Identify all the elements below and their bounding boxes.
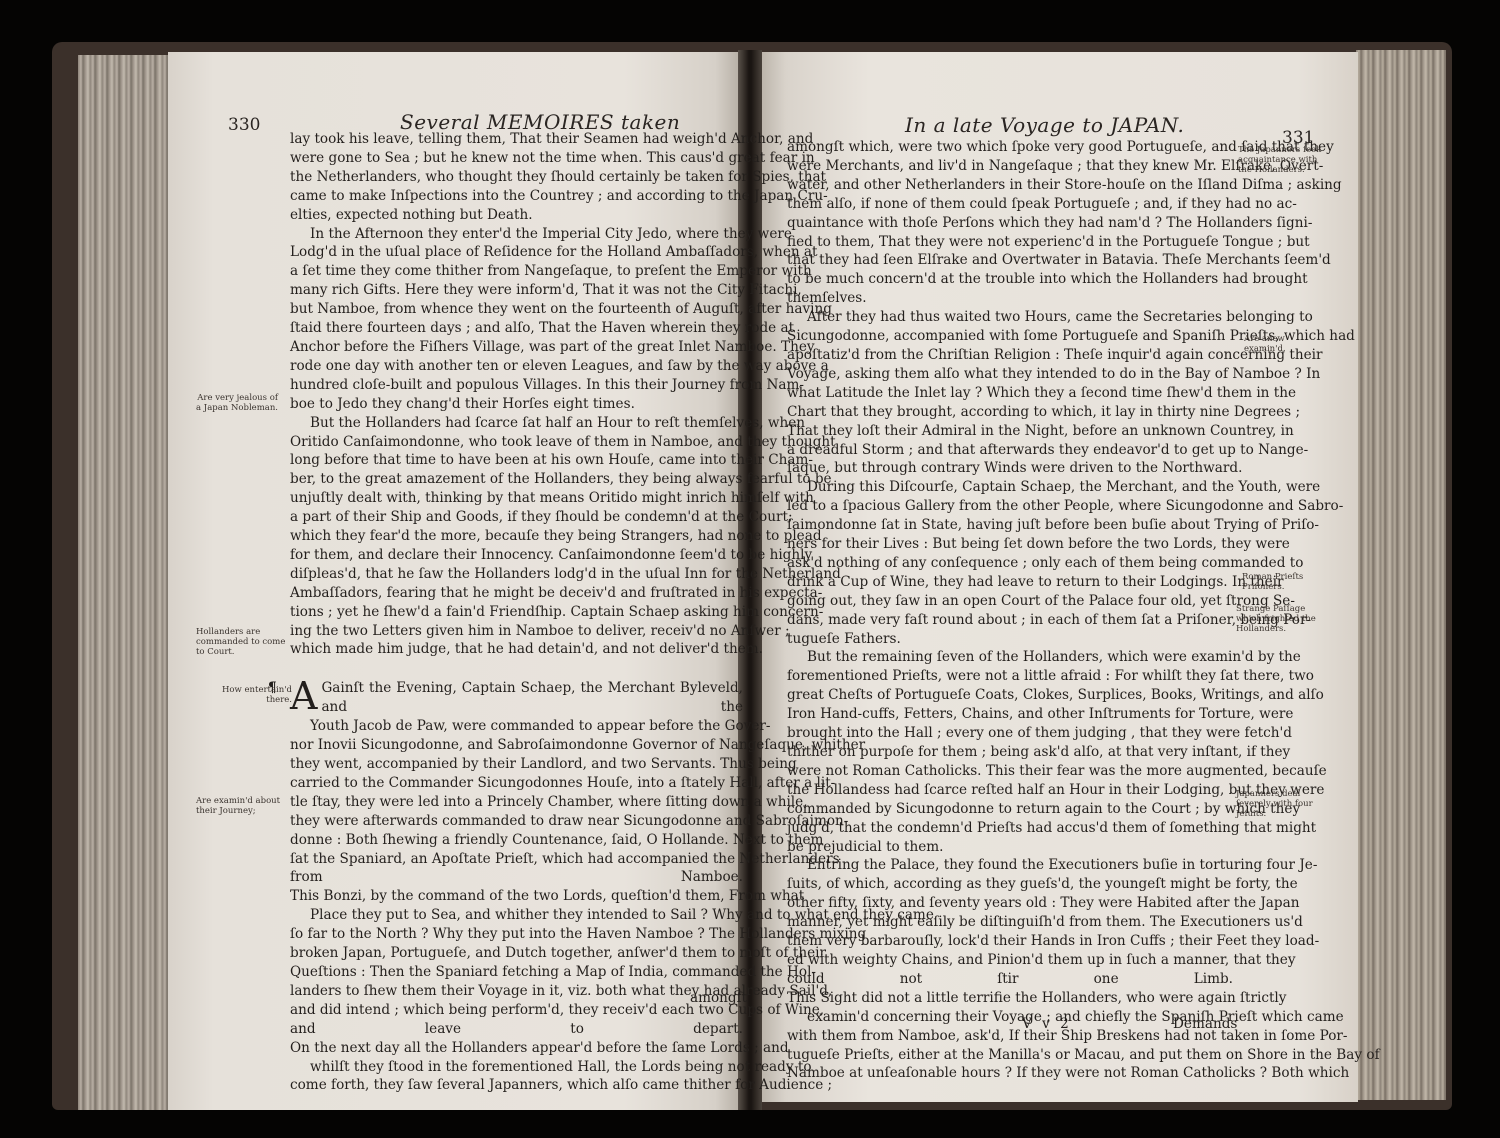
text-line: tle ſtay, they were led into a Princely … xyxy=(290,793,743,812)
text-line: Oritido Canſaimondonne, who took leave o… xyxy=(290,433,743,452)
text-line: were gone to Sea ; but he knew not the t… xyxy=(290,149,743,168)
text-line: manner, yet might eaſily be diſtinguiſh'… xyxy=(787,913,1233,932)
text-line: the Hollandess had ſcarce reſted half an… xyxy=(787,781,1233,800)
text-line: a ſet time they come thither from Nangeſ… xyxy=(290,262,743,281)
text-line: boe to Jedo they chang'd their Horſes ei… xyxy=(290,395,743,414)
text-line: But the Hollanders had ſcarce ſat half a… xyxy=(290,414,743,433)
text-line: and leave to depart. xyxy=(290,1020,743,1039)
text-line: tugueſe Fathers. xyxy=(787,630,1233,649)
text-line: hundred cloſe-built and populous Village… xyxy=(290,376,743,395)
text-line: donne : Both ſhewing a friendly Countena… xyxy=(290,831,743,850)
text-line: them alſo, if none of them could ſpeak P… xyxy=(787,195,1233,214)
text-line: that they had ſeen Elſrake and Overtwate… xyxy=(787,251,1233,270)
text-line: Anchor before the Fiſhers Village, was p… xyxy=(290,338,743,357)
text-line: During this Diſcourſe, Captain Schaep, t… xyxy=(787,478,1233,497)
text-line: ſaimondonne ſat in State, having juſt be… xyxy=(787,516,1233,535)
text-line: quaintance with thoſe Perſons which they… xyxy=(787,214,1233,233)
text-line: broken Japan, Portugueſe, and Dutch toge… xyxy=(290,944,743,963)
text-line: ſuits, of which, according as they gueſs… xyxy=(787,875,1233,894)
text-line: which made him judge, that he had detain… xyxy=(290,640,743,659)
text-line: Youth Jacob de Paw, were commanded to ap… xyxy=(290,717,743,736)
text-line: Entring the Palace, they found the Execu… xyxy=(787,856,1233,875)
text-line: led to a ſpacious Gallery from the other… xyxy=(787,497,1233,516)
text-line: rode one day with another ten or eleven … xyxy=(290,357,743,376)
text-line: were Merchants, and liv'd in Nangeſaque … xyxy=(787,157,1233,176)
text-line: forementioned Prieſts, were not a little… xyxy=(787,667,1233,686)
right-running-head: In a late Voyage to JAPAN. xyxy=(905,113,1184,137)
page-edges-left xyxy=(78,55,168,1110)
text-line: tugueſe Prieſts, either at the Manilla's… xyxy=(787,1046,1233,1065)
text-line: they went, accompanied by their Landlord… xyxy=(290,755,743,774)
left-body-text: lay took his leave, telling them, That t… xyxy=(290,130,743,1095)
text-line: That they loſt their Admiral in the Nigh… xyxy=(787,422,1233,441)
text-line: a dreadful Storm ; and that afterwards t… xyxy=(787,441,1233,460)
text-line: from Namboe. xyxy=(290,868,743,887)
text-line: This Bonzi, by the command of the two Lo… xyxy=(290,887,743,906)
text-line: ners for their Lives : But being ſet dow… xyxy=(787,535,1233,554)
text-line: with them from Namboe, ask'd, If their S… xyxy=(787,1027,1233,1046)
page-edges-right xyxy=(1356,50,1446,1100)
text-line: tions ; yet he ſhew'd a fain'd Friendſhi… xyxy=(290,603,743,622)
drop-cap: A xyxy=(290,681,317,711)
text-line xyxy=(290,659,743,679)
text-line: water, and other Netherlanders in their … xyxy=(787,176,1233,195)
text-line: apoſtatiz'd from the Chriſtian Religion … xyxy=(787,346,1233,365)
text-line: come forth, they ſaw ſeveral Japanners, … xyxy=(290,1076,743,1095)
text-line: diſpleas'd, that he ſaw the Hollanders l… xyxy=(290,565,743,584)
text-line: ſat the Spaniard, an Apoſtate Prieſt, wh… xyxy=(290,850,743,869)
left-catchword: amongſt xyxy=(690,990,747,1006)
text-line: Namboe at unſeaſonable hours ? If they w… xyxy=(787,1064,1233,1083)
text-line: the Netherlanders, who thought they ſhou… xyxy=(290,168,743,187)
text-line: ſo far to the North ? Why they put into … xyxy=(290,925,743,944)
text-line: Lodg'd in the uſual place of Reſidence f… xyxy=(290,243,743,262)
text-line: Queſtions : Then the Spaniard fetching a… xyxy=(290,963,743,982)
right-body-text: amongſt which, were two which ſpoke very… xyxy=(787,138,1233,1083)
text-line: be prejudicial to them. xyxy=(787,838,1233,857)
text-line: whilſt they ſtood in the forementioned H… xyxy=(290,1058,743,1077)
text-line: ing the two Letters given him in Namboe … xyxy=(290,622,743,641)
text-line: ¶AGainſt the Evening, Captain Schaep, th… xyxy=(290,679,743,717)
text-line: unjuſtly dealt with, thinking by that me… xyxy=(290,489,743,508)
text-line: thither on purpoſe for them ; being ask'… xyxy=(787,743,1233,762)
text-line: ſtaid there fourteen days ; and alſo, Th… xyxy=(290,319,743,338)
text-line: what Latitude the Inlet lay ? Which they… xyxy=(787,384,1233,403)
text-line: amongſt which, were two which ſpoke very… xyxy=(787,138,1233,157)
text-line: came to make Inſpections into the Countr… xyxy=(290,187,743,206)
text-line: but Namboe, from whence they went on the… xyxy=(290,300,743,319)
text-line: going out, they ſaw in an open Court of … xyxy=(787,592,1233,611)
text-line: they were afterwards commanded to draw n… xyxy=(290,812,743,831)
text-line: examin'd concerning their Voyage ; and c… xyxy=(787,1008,1233,1027)
text-line: carried to the Commander Sicungodonnes H… xyxy=(290,774,743,793)
text-line: could not ſtir one Limb. xyxy=(787,970,1233,989)
text-line: elties, expected nothing but Death. xyxy=(290,206,743,225)
signature-mark: V v 2 xyxy=(1022,1016,1072,1032)
text-line: brought into the Hall ; every one of the… xyxy=(787,724,1233,743)
text-line: which they fear'd the more, becauſe they… xyxy=(290,527,743,546)
text-line: After they had thus waited two Hours, ca… xyxy=(787,308,1233,327)
text-line: and did intend ; which being perform'd, … xyxy=(290,1001,743,1020)
text-line: a part of their Ship and Goods, if they … xyxy=(290,508,743,527)
text-line: commanded by Sicungodonne to return agai… xyxy=(787,800,1233,819)
text-line: to be much concern'd at the trouble into… xyxy=(787,270,1233,289)
text-line: On the next day all the Hollanders appea… xyxy=(290,1039,743,1058)
text-line: ask'd nothing of any conſequence ; only … xyxy=(787,554,1233,573)
margin-note-jealous: Are very jealous of a Japan Nobleman. xyxy=(196,393,278,413)
text-line: were not Roman Catholicks. This their fe… xyxy=(787,762,1233,781)
text-line: Ambaſſadors, fearing that he might be de… xyxy=(290,584,743,603)
text-line: lay took his leave, telling them, That t… xyxy=(290,130,743,149)
margin-note-examined-journey: Are examin'd about their Journey; xyxy=(196,796,288,816)
text-line: other fifty, ſixty, and ſeventy years ol… xyxy=(787,894,1233,913)
margin-note-strange-passage: Strange Paſſage which frighted the Holla… xyxy=(1236,604,1328,634)
margin-note-four-jesuits: Japanners deal ſeverely with four Jeſuit… xyxy=(1236,789,1328,819)
margin-note-acquaintance: The Japanners ſeek acquaintance with the… xyxy=(1238,145,1326,175)
text-line: Place they put to Sea, and whither they … xyxy=(290,906,743,925)
text-line: In the Afternoon they enter'd the Imperi… xyxy=(290,225,743,244)
text-line: ber, to the great amazement of the Holla… xyxy=(290,470,743,489)
text-line: ſaque, but through contrary Winds were d… xyxy=(787,459,1233,478)
text-line: for them, and declare their Innocency. C… xyxy=(290,546,743,565)
text-line: themſelves. xyxy=(787,289,1233,308)
text-line: ed with weighty Chains, and Pinion'd the… xyxy=(787,951,1233,970)
left-folio: 330 xyxy=(228,115,260,135)
text-line: great Cheſts of Portugueſe Coats, Clokes… xyxy=(787,686,1233,705)
margin-note-commanded: Hollanders are commanded to come to Cour… xyxy=(196,627,288,657)
text-line: But the remaining ſeven of the Hollander… xyxy=(787,648,1233,667)
margin-note-priests-prisoners: Roman Prieſts Priſoners. xyxy=(1242,572,1326,592)
text-line: many rich Gifts. Here they were inform'd… xyxy=(290,281,743,300)
text-line: dans, made very faſt round about ; in ea… xyxy=(787,611,1233,630)
right-catchword: Demands xyxy=(1173,1016,1237,1032)
text-line: drink a Cup of Wine, they had leave to r… xyxy=(787,573,1233,592)
text-line: Iron Hand-cuffs, Fetters, Chains, and ot… xyxy=(787,705,1233,724)
text-line: them very barbarouſly, lock'd their Hand… xyxy=(787,932,1233,951)
text-line: Voyage, asking them alſo what they inten… xyxy=(787,365,1233,384)
text-line: fied to them, That they were not experie… xyxy=(787,233,1233,252)
text-line: long before that time to have been at hi… xyxy=(290,451,743,470)
text-line: nor Inovii Sicungodonne, and Sabroſaimon… xyxy=(290,736,743,755)
margin-note-anew-examined: Are anew examin'd. xyxy=(1244,334,1324,354)
text-line: Chart that they brought, according to wh… xyxy=(787,403,1233,422)
margin-note-entertained: How entertain'd there. xyxy=(196,685,292,705)
text-line: judg'd, that the condemn'd Prieſts had a… xyxy=(787,819,1233,838)
text-line: landers to ſhew them their Voyage in it,… xyxy=(290,982,743,1001)
text-line: Sicungodonne, accompanied with ſome Port… xyxy=(787,327,1233,346)
text-line: This Sight did not a little terrifie the… xyxy=(787,989,1233,1008)
